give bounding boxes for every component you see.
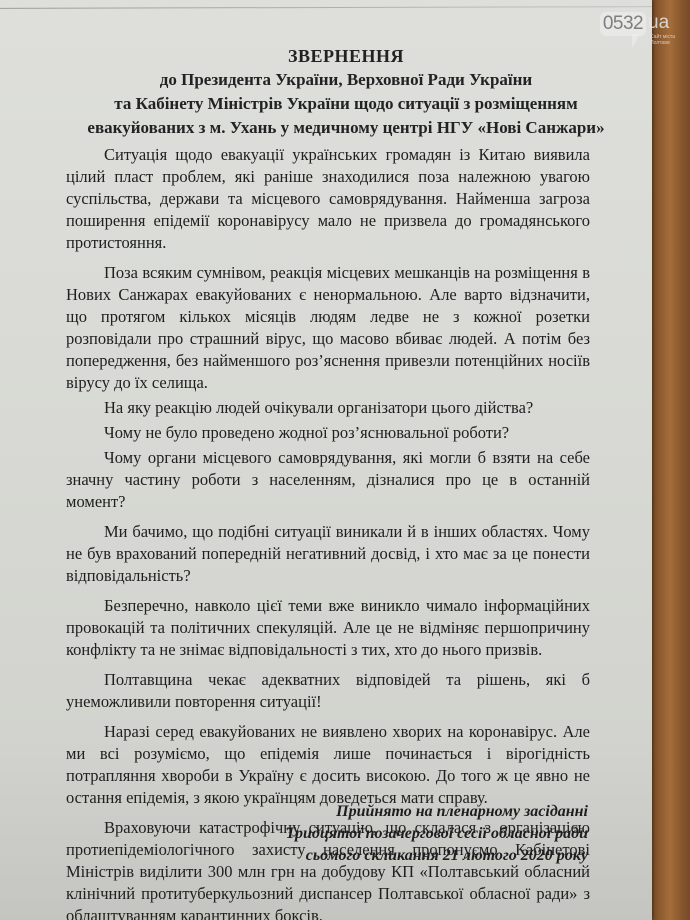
watermark-bubble-tail <box>632 34 640 48</box>
document-header: ЗВЕРНЕННЯ до Президента України, Верховн… <box>0 44 690 140</box>
document-subtitle-line: евакуйованих з м. Ухань у медичному цент… <box>0 116 690 140</box>
paragraph: Ситуація щодо евакуації українських гром… <box>66 144 590 254</box>
watermark-speech-bubble-icon: 0532 <box>600 12 646 36</box>
paragraph: Чому органи місцевого самоврядування, як… <box>66 447 590 513</box>
paragraph: Ми бачимо, що подібні ситуації виникали … <box>66 521 590 587</box>
paragraph: На яку реакцію людей очікували організат… <box>66 397 590 419</box>
adoption-note: Прийнято на пленарному засіданні Тридцят… <box>280 801 588 867</box>
document-subtitle-line: та Кабінету Міністрів України щодо ситуа… <box>0 92 690 116</box>
watermark-domain: ua <box>648 12 669 34</box>
adoption-note-line: сьомого скликання 21 лютого 2020 року <box>280 845 588 867</box>
paragraph: Наразі серед евакуйованих не виявлено хв… <box>66 721 590 809</box>
paragraph: Безперечно, навколо цієї теми вже виникл… <box>66 595 590 661</box>
paper-fold-line <box>0 6 652 9</box>
adoption-note-line: Прийнято на пленарному засіданні <box>280 801 588 823</box>
paragraph: Чому не було проведено жодної роз’яснюва… <box>66 422 590 444</box>
site-watermark-logo: 0532 ua Сайт міста Полтави <box>600 10 688 50</box>
watermark-number: 0532 <box>603 13 643 34</box>
watermark-subtitle: Сайт міста Полтави <box>650 34 690 46</box>
document-title: ЗВЕРНЕННЯ <box>0 44 690 68</box>
document-subtitle-line: до Президента України, Верховної Ради Ук… <box>0 68 690 92</box>
adoption-note-line: Тридцятої позачергової сесії обласної ра… <box>280 823 588 845</box>
paragraph: Полтавщина чекає адекватних відповідей т… <box>66 669 590 713</box>
paragraph: Поза всяким сумнівом, реакція місцевих м… <box>66 262 590 394</box>
